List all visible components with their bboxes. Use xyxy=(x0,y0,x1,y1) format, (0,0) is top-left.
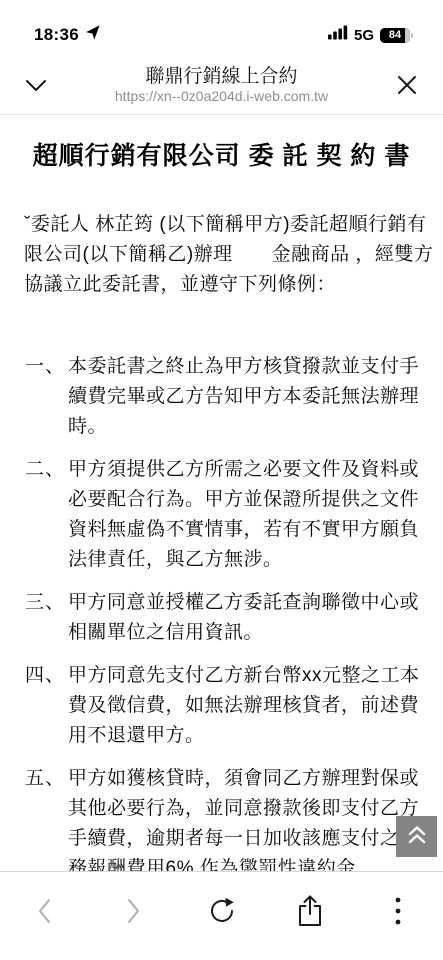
clause-text: 本委託書之終止為甲方核貸撥款並支付手 續費完畢或乙方告知甲方本委託無法辦理 時。 xyxy=(68,352,443,442)
contract-document: 超順行銷有限公司 委 託 契 約 書 ˇ委託人 林芷筠 (以下簡稱甲方)委託超順… xyxy=(0,115,443,871)
location-arrow-icon xyxy=(84,24,101,46)
share-icon xyxy=(296,894,324,933)
clause-text: 甲方如獲核貸時，須會同乙方辦理對保或 其他必要行為，並同意撥款後即支付乙方 手續… xyxy=(68,764,443,871)
more-options-button[interactable] xyxy=(375,890,421,936)
chevron-down-icon xyxy=(23,72,49,103)
page-url: https://xn--0z0a204d.i-web.com.tw xyxy=(56,88,387,104)
network-type-label: 5G xyxy=(354,27,374,44)
reload-icon xyxy=(207,896,237,931)
clause-number: 一、 xyxy=(25,352,68,442)
page-title: 聯鼎行銷線上合約 xyxy=(56,66,387,88)
share-button[interactable] xyxy=(287,890,333,936)
clause-number: 四、 xyxy=(25,661,68,751)
clause-number: 五、 xyxy=(25,764,68,871)
kebab-menu-icon xyxy=(394,896,402,931)
clock: 18:36 xyxy=(34,25,79,45)
clause-item-2: 二、 甲方須提供乙方所需之必要文件及資料或 必要配合行為。甲方並保證所提供之文件… xyxy=(0,455,443,575)
clause-item-5: 五、 甲方如獲核貸時，須會同乙方辦理對保或 其他必要行為，並同意撥款後即支付乙方… xyxy=(0,764,443,871)
forward-chevron-icon xyxy=(120,896,146,931)
clause-text: 甲方同意先支付乙方新台幣xx元整之工本 費及徵信費，如無法辦理核貸者，前述費 用… xyxy=(68,661,443,751)
scroll-to-top-button[interactable] xyxy=(396,816,437,857)
clause-item-3: 三、 甲方同意並授權乙方委託查詢聯徵中心或 相關單位之信用資訊。 xyxy=(0,588,443,648)
browser-header: 聯鼎行銷線上合約 https://xn--0z0a204d.i-web.com.… xyxy=(0,60,443,115)
browser-toolbar xyxy=(0,871,443,960)
clause-number: 二、 xyxy=(25,455,68,575)
signal-strength-icon xyxy=(328,25,348,45)
battery-icon: 84 xyxy=(380,28,413,43)
phone-screen: 18:36 5G 84 xyxy=(0,0,443,960)
battery-percent: 84 xyxy=(380,28,410,43)
battery-nub xyxy=(411,33,413,38)
clause-text: 甲方須提供乙方所需之必要文件及資料或 必要配合行為。甲方並保證所提供之文件 資料… xyxy=(68,455,443,575)
clause-number: 三、 xyxy=(25,588,68,648)
clause-list: 一、 本委託書之終止為甲方核貸撥款並支付手 續費完畢或乙方告知甲方本委託無法辦理… xyxy=(0,352,443,871)
clause-item-4: 四、 甲方同意先支付乙方新台幣xx元整之工本 費及徵信費，如無法辦理核貸者，前述… xyxy=(0,661,443,751)
minimize-sheet-button[interactable] xyxy=(16,67,56,107)
double-chevron-up-icon xyxy=(405,823,429,850)
contract-title: 超順行銷有限公司 委 託 契 約 書 xyxy=(0,140,443,172)
reload-button[interactable] xyxy=(199,890,245,936)
contract-intro: ˇ委託人 林芷筠 (以下簡稱甲方)委託超順行銷有 限公司(以下簡稱乙)辦理 金融… xyxy=(24,210,443,300)
close-icon xyxy=(395,73,419,102)
back-chevron-icon xyxy=(32,896,58,931)
forward-button[interactable] xyxy=(110,890,156,936)
back-button[interactable] xyxy=(22,890,68,936)
clause-item-1: 一、 本委託書之終止為甲方核貸撥款並支付手 續費完畢或乙方告知甲方本委託無法辦理… xyxy=(0,352,443,442)
clause-text: 甲方同意並授權乙方委託查詢聯徵中心或 相關單位之信用資訊。 xyxy=(68,588,443,648)
status-bar: 18:36 5G 84 xyxy=(0,0,443,60)
close-browser-button[interactable] xyxy=(387,67,427,107)
